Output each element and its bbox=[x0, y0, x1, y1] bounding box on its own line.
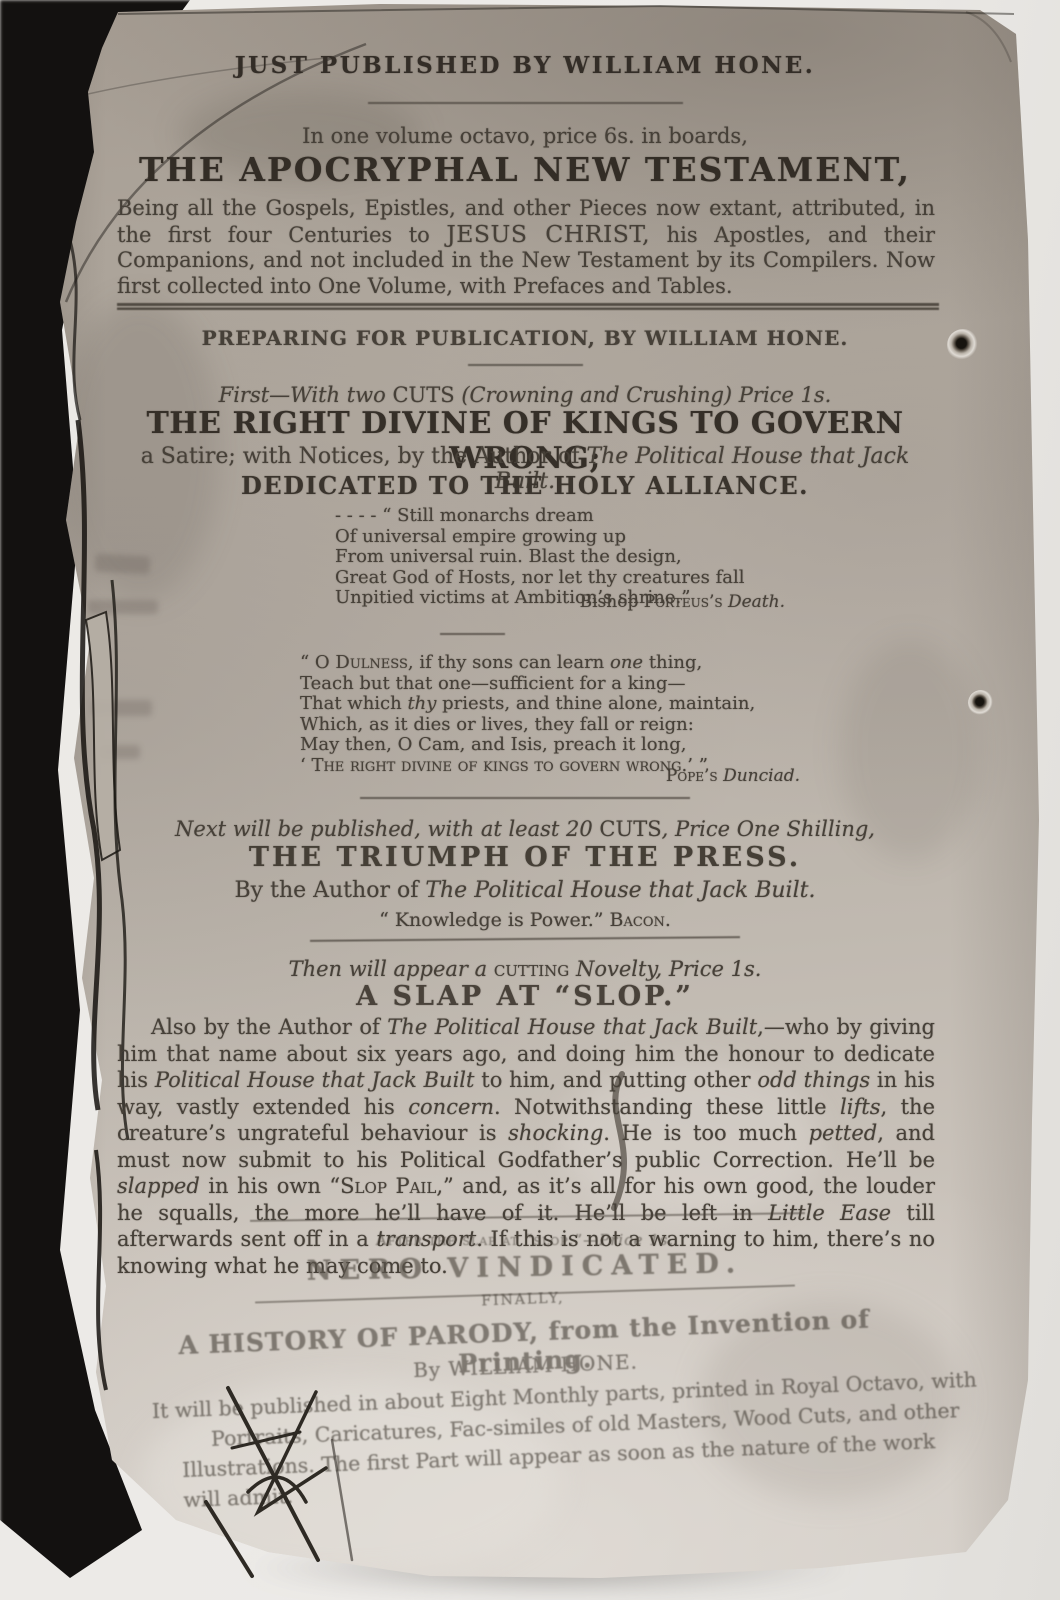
pen-stroke bbox=[206, 1502, 252, 1576]
pen-stroke bbox=[258, 1392, 326, 1512]
pen-scribbles bbox=[0, 0, 1060, 1600]
photo-of-printed-page: JUST PUBLISHED BY WILLIAM HONE. In one v… bbox=[0, 0, 1060, 1600]
pen-stroke bbox=[332, 1440, 352, 1560]
